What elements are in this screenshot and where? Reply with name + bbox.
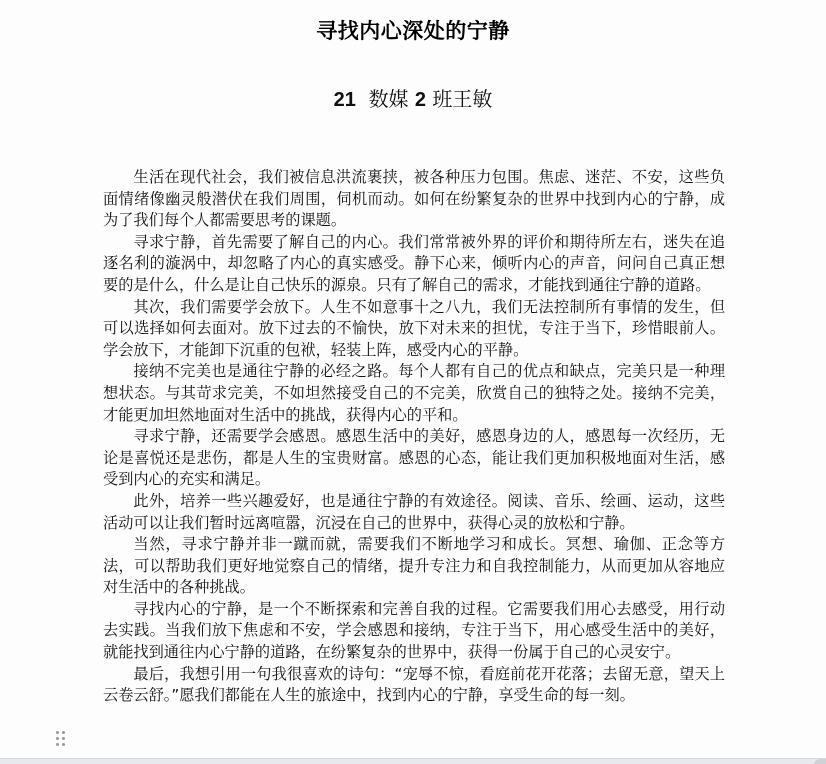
paragraph: 生活在现代社会，我们被信息洪流裹挟，被各种压力包围。焦虑、迷茫、不安，这些负面情… (103, 167, 725, 232)
drag-handle-icon[interactable] (56, 731, 66, 749)
scrollbar-corner (814, 759, 826, 764)
paragraph: 寻找内心的宁静，是一个不断探索和完善自我的过程。它需要我们用心去感受，用行动去实… (103, 599, 725, 664)
paragraph: 其次，我们需要学会放下。人生不如意事十之八九，我们无法控制所有事情的发生，但可以… (103, 297, 725, 362)
paragraph: 接纳不完美也是通往宁静的必经之路。每个人都有自己的优点和缺点，完美只是一种理想状… (103, 361, 725, 426)
paragraph: 寻求宁静，首先需要了解自己的内心。我们常常被外界的评价和期待所左右，迷失在追逐名… (103, 232, 725, 297)
paragraph: 当然，寻求宁静并非一蹴而就，需要我们不断地学习和成长。冥想、瑜伽、正念等方法，可… (103, 534, 725, 599)
document-page: 寻找内心深处的宁静 21 数媒 2 班王敏 生活在现代社会，我们被信息洪流裹挟，… (0, 0, 826, 758)
bottom-scroll-bar[interactable] (0, 758, 826, 764)
drag-dot (62, 743, 65, 746)
class-number: 2 (415, 89, 426, 111)
drag-dot (56, 743, 59, 746)
drag-dot (62, 737, 65, 740)
paragraph: 此外，培养一些兴趣爱好，也是通往宁静的有效途径。阅读、音乐、绘画、运动，这些活动… (103, 491, 725, 534)
document-title: 寻找内心深处的宁静 (0, 16, 826, 46)
document-body: 生活在现代社会，我们被信息洪流裹挟，被各种压力包围。焦虑、迷茫、不安，这些负面情… (103, 167, 725, 707)
class-suffix: 班 (432, 87, 452, 111)
drag-dot (56, 737, 59, 740)
paragraph: 最后，我想引用一句我很喜欢的诗句：“宠辱不惊，看庭前花开花落；去留无意，望天上云… (103, 664, 725, 707)
drag-dot (56, 731, 59, 734)
author-byline: 21 数媒 2 班王敏 (0, 84, 826, 115)
author-name: 王敏 (452, 87, 492, 111)
major: 数媒 (369, 87, 409, 111)
drag-dot (62, 731, 65, 734)
class-year: 21 (334, 89, 356, 111)
paragraph: 寻求宁静，还需要学会感恩。感恩生活中的美好，感恩身边的人，感恩每一次经历，无论是… (103, 426, 725, 491)
